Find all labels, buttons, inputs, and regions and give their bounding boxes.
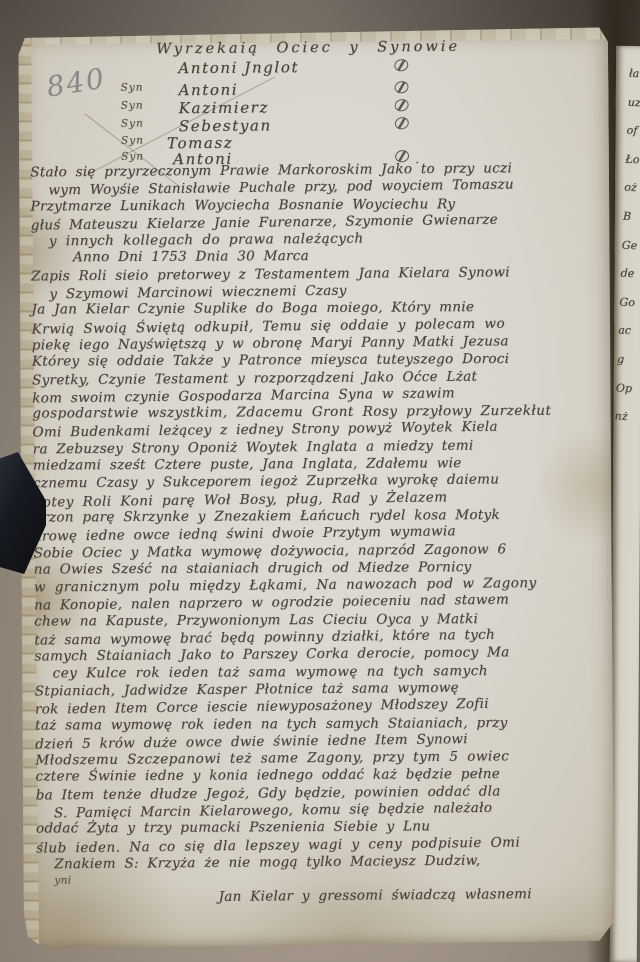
manuscript-lines: Stało się przyrzeczonym Prawie Markorosk…	[30, 160, 601, 909]
party-prefix: Syn	[121, 117, 144, 129]
manuscript-line: miedzami sześt Cztere puste, Jana Inglat…	[33, 454, 598, 474]
signature-mark-icon	[393, 80, 410, 95]
party-prefix: Syn	[121, 99, 144, 111]
facing-page: ła uz of Ło oż B Ge de Go ac g Op nż	[610, 46, 640, 962]
party-name: Antoni	[178, 81, 238, 100]
facing-page-text-fragments: ła uz of Ło oż B Ge de Go ac g Op nż	[614, 60, 640, 432]
manuscript-page: 840 Wyrzekaią Ociec y Synowie Antoni Jng…	[16, 27, 616, 948]
parties-header: Wyrzekaią Ociec y Synowie Antoni Jnglot …	[16, 27, 609, 162]
party-name: Sebestyan	[179, 116, 272, 135]
party-prefix: Syn	[121, 150, 144, 162]
party-prefix: Syn	[120, 81, 143, 93]
manuscript-line: Którey się oddaie Także y Patronce mieys…	[32, 351, 597, 371]
party-name: Antoni Jnglot	[178, 58, 299, 77]
party-row: Antoni Jnglot	[16, 55, 608, 78]
manuscript-line: Anno Dni 1753 Dnia 30 Marca	[73, 247, 596, 267]
photo-scene: ła uz of Ło oż B Ge de Go ac g Op nż 840…	[0, 0, 640, 962]
manuscript-line: na Owies Sześć na staianiach drugich od …	[34, 558, 599, 578]
party-prefix: Syn	[121, 134, 144, 146]
manuscript-line: cey Kulce rok ieden taż sama wymowę na t…	[53, 662, 600, 682]
party-name: Kazimierz	[179, 98, 269, 117]
signature-mark-icon	[394, 116, 411, 131]
manuscript-line: yni	[54, 870, 601, 890]
manuscript-line: Jan Kielar y gressomi świadczą własnemi	[218, 886, 601, 907]
header-title: Wyrzekaią Ociec y Synowie	[156, 39, 460, 58]
signature-mark-icon	[393, 58, 410, 73]
signature-mark-icon	[393, 98, 410, 113]
